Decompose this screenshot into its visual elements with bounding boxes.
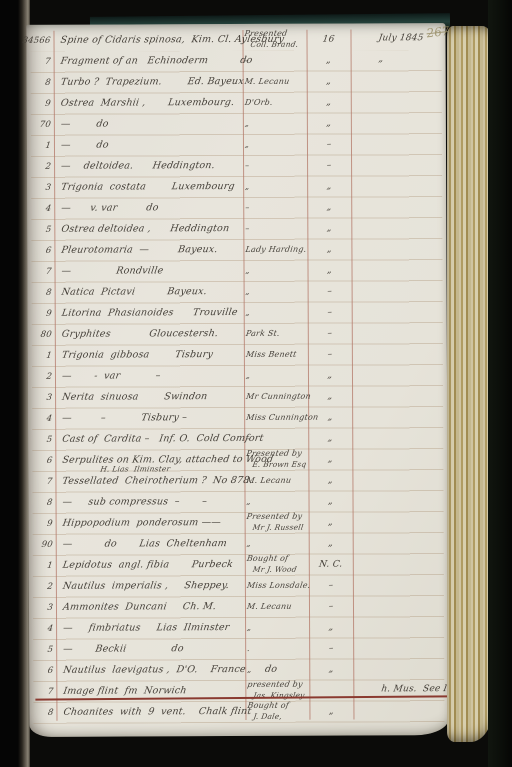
entry-number: 2: [20, 162, 51, 172]
entry-date-note: h. Mus. See I. 15345: [355, 684, 453, 694]
register-row: 9Litorina Phasianoides Trouville„–: [28, 304, 447, 327]
entry-acquisition-note: Miss Benett: [245, 351, 310, 359]
entry-acquisition-note: M. Lecanu: [244, 78, 309, 86]
entry-mark: „: [308, 98, 349, 108]
entry-number: 80: [21, 330, 52, 340]
entry-description: Tessellated Cheirotherium ? No 878.: [62, 475, 254, 487]
entry-acquisition-note: „: [245, 267, 310, 275]
entry-acquisition-note: Miss Cunnington: [246, 414, 311, 422]
register-row: 6Nautilus laevigatus , D'O. France do„„: [29, 661, 448, 684]
entry-number: 4: [21, 414, 52, 424]
entry-mark: „: [310, 518, 351, 528]
entry-description: Ostrea deltoidea , Heddington: [60, 223, 230, 235]
register-row: 9Ostrea Marshii , Luxembourg.D'Orb.„: [27, 94, 446, 117]
entry-acquisition-note: Lady Harding.: [245, 246, 310, 254]
entry-acquisition-note: M. Lecanu: [246, 477, 311, 485]
entry-description: — Beckii do: [62, 643, 184, 655]
entry-number: 8: [21, 288, 52, 298]
register-row: 5— Beckii do.–: [29, 640, 448, 663]
entry-description: Trigonia gibbosa Tisbury: [61, 349, 214, 361]
entry-acquisition-note: .: [247, 645, 312, 653]
register-page: 267 34566Spine of Cidaris spinosa, Kim. …: [26, 23, 448, 737]
entry-number: 5: [21, 225, 52, 235]
entry-description: — do: [60, 119, 109, 130]
entry-number: 4: [22, 624, 53, 634]
register-row: 6Pleurotomaria — Bayeux.Lady Harding.„: [27, 241, 446, 264]
register-row: 3Trigonia costata Luxembourg„„: [27, 178, 446, 201]
entry-mark: –: [310, 644, 351, 654]
register-row: 5Ostrea deltoidea , Heddington–„: [27, 220, 446, 243]
entry-number: 90: [22, 540, 53, 550]
entry-number: 3: [22, 603, 53, 613]
entry-acquisition-note-line2: E. Brown Esq: [252, 460, 307, 469]
entry-number: 3: [21, 393, 52, 403]
entry-description-line2: H. Lias Ilminster: [100, 464, 171, 473]
entry-description: Cast of Cardita – Inf. O. Cold Comfort: [61, 433, 264, 445]
entry-acquisition-note: Presented by: [246, 450, 311, 458]
entry-description: Natica Pictavi Bayeux.: [61, 286, 208, 298]
entry-acquisition-note: –: [245, 204, 310, 212]
entry-description: Turbo ? Trapezium. Ed. Bayeux: [60, 76, 245, 88]
entry-description: — Rondville: [61, 265, 164, 276]
entry-acquisition-note: „: [245, 288, 310, 296]
register-rows: 34566Spine of Cidaris spinosa, Kim. Cl. …: [26, 31, 448, 729]
entry-mark: 16: [308, 35, 349, 45]
entry-acquisition-note: D'Orb.: [244, 99, 309, 107]
entry-number: 6: [21, 246, 52, 256]
register-row: 8— sub compressus – –„„: [28, 493, 447, 516]
entry-acquisition-note: „: [244, 120, 309, 128]
entry-acquisition-note: „: [244, 141, 309, 149]
entry-acquisition-note: presented by: [247, 681, 312, 689]
entry-number: 7: [23, 687, 54, 697]
entry-number: 1: [21, 351, 52, 361]
entry-acquisition-note: Park St.: [245, 330, 310, 338]
entry-mark: „: [309, 245, 350, 255]
entry-description: Hippopodium ponderosum ——: [62, 517, 222, 529]
entry-number: 5: [22, 645, 53, 655]
entry-description: Litorina Phasianoides Trouville: [61, 307, 239, 319]
entry-number: 9: [22, 519, 53, 529]
entry-number: 8: [23, 708, 54, 718]
entry-mark: „: [308, 56, 349, 66]
photograph-of-register-book: 267 34566Spine of Cidaris spinosa, Kim. …: [0, 0, 512, 767]
entry-number: 6: [22, 456, 53, 466]
register-row: 7Image flint fm Norwichpresented byJas. …: [29, 682, 448, 705]
entry-number: 7: [20, 57, 51, 67]
entry-mark: „: [308, 119, 349, 129]
entry-number: 5: [22, 435, 53, 445]
register-row: 4— v. var do–„: [27, 199, 446, 222]
entry-description: — fimbriatus Lias Ilminster: [62, 622, 230, 634]
register-row: 9Hippopodium ponderosum ——Presented byMr…: [29, 514, 448, 537]
register-row: 90— do Lias Cheltenham„„: [29, 535, 448, 558]
entry-description: Lepidotus angl. fibia Purbeck: [62, 559, 234, 571]
entry-description: — sub compressus – –: [62, 496, 208, 508]
entry-number: 9: [20, 99, 51, 109]
entry-description: Ostrea Marshii , Luxembourg.: [60, 97, 235, 109]
entry-acquisition-note: Mr Cunnington: [245, 393, 310, 401]
entry-mark: „: [310, 539, 351, 549]
entry-acquisition-note: –: [244, 162, 309, 170]
entry-description: Nautilus imperialis , Sheppey.: [62, 580, 230, 592]
entry-mark: „: [311, 665, 352, 675]
book-cover-right: [488, 0, 512, 767]
entry-number: 3: [20, 183, 51, 193]
entry-description: — – Tisbury –: [61, 412, 188, 424]
entry-number: 7: [22, 477, 53, 487]
register-row: 8Natica Pictavi Bayeux.„–: [28, 283, 447, 306]
entry-mark: „: [309, 413, 350, 423]
entry-mark: „: [309, 266, 350, 276]
entry-description: Trigonia costata Luxembourg: [60, 181, 235, 193]
entry-mark: N. C.: [310, 560, 351, 570]
entry-acquisition-note: „: [245, 183, 310, 191]
entry-acquisition-note: Bought of: [247, 702, 312, 710]
entry-mark: –: [309, 287, 350, 297]
entry-description: — do Lias Cheltenham: [62, 538, 228, 550]
entry-acquisition-note: Presented: [244, 30, 309, 38]
register-row: 70— do„„: [27, 115, 446, 138]
entry-mark: –: [309, 350, 350, 360]
entry-mark: „: [310, 476, 351, 486]
entry-description: — do: [60, 140, 109, 151]
register-row: 1Trigonia gibbosa TisburyMiss Benett–: [28, 346, 447, 369]
entry-number: 8: [20, 78, 51, 88]
register-row: 7Tessellated Cheirotherium ? No 878.M. L…: [28, 472, 447, 495]
entry-mark: „: [308, 77, 349, 87]
entry-acquisition-note: –: [244, 57, 309, 65]
entry-acquisition-note: „: [246, 498, 311, 506]
entry-description: Ammonites Duncani Ch. M.: [62, 601, 217, 613]
entry-description: Nautilus laevigatus , D'O. France do: [62, 664, 278, 676]
entry-acquisition-note-line2: J. Dale,: [253, 712, 283, 721]
entry-description: Choanites with 9 vent. Chalk flint: [63, 706, 253, 718]
entry-mark: –: [309, 329, 350, 339]
register-row: 34566Spine of Cidaris spinosa, Kim. Cl. …: [26, 31, 445, 54]
entry-acquisition-note-line2: Jas. Kingsley: [253, 691, 306, 700]
entry-acquisition-note: „: [246, 624, 311, 632]
entry-description: — v. var do: [60, 202, 159, 213]
entry-mark: „: [309, 224, 350, 234]
entry-mark: –: [310, 581, 351, 591]
register-row: 5Cast of Cardita – Inf. O. Cold Comfort–…: [28, 430, 447, 453]
entry-acquisition-note: M. Lecanu: [246, 603, 311, 611]
entry-date-note: July 1845: [352, 33, 450, 43]
entry-mark: „: [310, 455, 351, 465]
entry-number: 6: [23, 666, 54, 676]
register-row: 7Fragment of an Echinoderm do–„„: [27, 52, 446, 75]
entry-acquisition-note: Miss Lonsdale.: [246, 582, 311, 590]
entry-acquisition-note: „: [245, 309, 310, 317]
entry-number: 1: [20, 141, 51, 151]
register-row: 2— - var –„„: [28, 367, 447, 390]
entry-mark: –: [308, 140, 349, 150]
register-row: 3Nerita sinuosa SwindonMr Cunnington„: [28, 388, 447, 411]
entry-number: 1: [22, 561, 53, 571]
entry-acquisition-note: –: [245, 225, 310, 233]
register-row: 7— Rondville„„: [27, 262, 446, 285]
page-edges-stack: [447, 26, 492, 742]
entry-number: 9: [21, 309, 52, 319]
register-row: 3Ammonites Duncani Ch. M.M. Lecanu–: [29, 598, 448, 621]
register-row: 4— fimbriatus Lias Ilminster„„: [29, 619, 448, 642]
entry-acquisition-note: Bought of: [246, 555, 311, 563]
register-row: 2Nautilus imperialis , Sheppey.Miss Lons…: [29, 577, 448, 600]
entry-acquisition-note: –: [246, 435, 311, 443]
entry-date-note: „: [352, 54, 450, 64]
entry-mark: „: [309, 392, 350, 402]
entry-mark: –: [310, 602, 351, 612]
entry-mark: „: [311, 707, 352, 717]
entry-description: — deltoidea. Heddington.: [60, 160, 215, 172]
entry-acquisition-note-line2: Mr J. Wood: [252, 565, 297, 574]
entry-mark: „: [310, 623, 351, 633]
entry-number: 8: [22, 498, 53, 508]
entry-description: Gryphites Gloucestersh.: [61, 328, 219, 340]
entry-number: 2: [22, 582, 53, 592]
entry-description: Nerita sinuosa Swindon: [61, 391, 208, 403]
entry-description: Fragment of an Echinoderm do: [60, 55, 254, 67]
entry-number: 2: [21, 372, 52, 382]
entry-acquisition-note: Presented by: [246, 513, 311, 521]
entry-mark: „: [309, 203, 350, 213]
register-row: 80Gryphites Gloucestersh.Park St.–: [28, 325, 447, 348]
entry-mark: „: [310, 434, 351, 444]
register-row: 6Serpulites on Kim. Clay, attached to Wo…: [28, 451, 447, 474]
entry-number: 34566: [20, 36, 51, 46]
entry-acquisition-note: „: [246, 540, 311, 548]
register-row: 8Choanites with 9 vent. Chalk flintBough…: [29, 703, 448, 726]
entry-mark: „: [308, 182, 349, 192]
entry-mark: –: [309, 308, 350, 318]
register-row: 4— – Tisbury –Miss Cunnington„: [28, 409, 447, 432]
register-row: 8Turbo ? Trapezium. Ed. BayeuxM. Lecanu„: [27, 73, 446, 96]
entry-acquisition-note: „: [247, 666, 312, 674]
entry-mark: „: [310, 497, 351, 507]
register-row: 1Lepidotus angl. fibia PurbeckBought ofM…: [29, 556, 448, 579]
entry-acquisition-note: „: [245, 372, 310, 380]
entry-acquisition-note-line2: Mr J. Russell: [252, 523, 304, 532]
entry-number: 4: [21, 204, 52, 214]
entry-mark: „: [309, 371, 350, 381]
register-row: 1— do„–: [27, 136, 446, 159]
entry-description: Pleurotomaria — Bayeux.: [61, 244, 219, 256]
entry-acquisition-note-line2: Coll. Brand.: [250, 40, 299, 49]
entry-number: 70: [20, 120, 51, 130]
entry-mark: –: [308, 161, 349, 171]
entry-description: — - var –: [61, 370, 161, 381]
register-row: 2— deltoidea. Heddington.––: [27, 157, 446, 180]
entry-description: Image flint fm Norwich: [63, 685, 188, 697]
entry-number: 7: [21, 267, 52, 277]
